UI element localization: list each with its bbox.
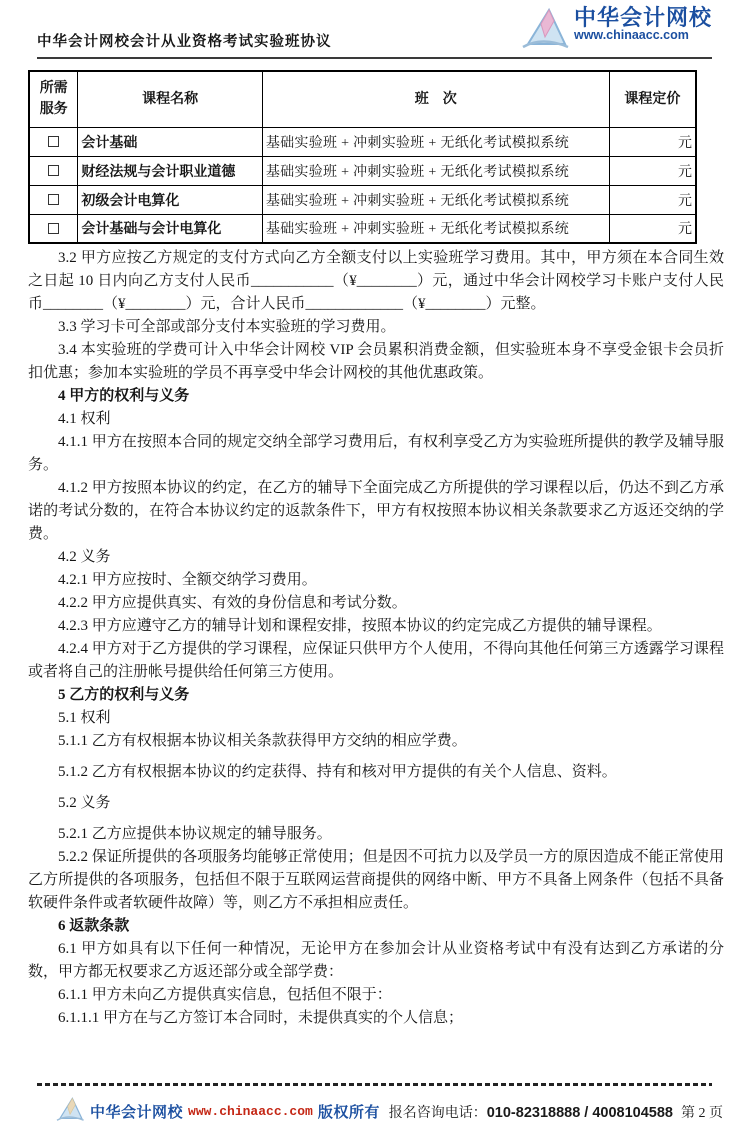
course-name: 会计基础 xyxy=(78,127,262,156)
clause-5-2-1: 5.2.1 乙方应提供本协议规定的辅导服务。 xyxy=(28,823,724,846)
contract-body: 3.2 甲方应按乙方规定的支付方式向乙方全额支付以上实验班学习费用。其中，甲方须… xyxy=(28,247,724,1030)
section-heading-4: 4 甲方的权利与义务 xyxy=(28,385,724,408)
clause-5-2-2: 5.2.2 保证所提供的各项服务均能够正常使用；但是因不可抗力以及学员一方的原因… xyxy=(28,846,724,915)
table-header-row: 所需服务 课程名称 班 次 课程定价 xyxy=(29,71,696,127)
footer-logo-icon xyxy=(55,1096,85,1127)
course-price: 元 xyxy=(609,214,696,243)
column-header-service: 所需服务 xyxy=(29,71,78,127)
table-row: 初级会计电算化 基础实验班 + 冲刺实验班 + 无纸化考试模拟系统 元 xyxy=(29,185,696,214)
clause-6-1-1-1: 6.1.1.1 甲方在与乙方签订本合同时，未提供真实的个人信息； xyxy=(28,1007,724,1030)
clause-5-2: 5.2 义务 xyxy=(28,792,724,815)
page-number: 第 2 页 xyxy=(681,1106,723,1121)
clause-3-2: 3.2 甲方应按乙方规定的支付方式向乙方全额支付以上实验班学习费用。其中，甲方须… xyxy=(28,247,724,316)
service-checkbox[interactable] xyxy=(48,194,59,205)
clause-6-1: 6.1 甲方如具有以下任何一种情况，无论甲方在参加会计从业资格考试中有没有达到乙… xyxy=(28,938,724,984)
header-divider xyxy=(37,57,712,59)
clause-6-1-1: 6.1.1 甲方未向乙方提供真实信息，包括但不限于： xyxy=(28,984,724,1007)
course-classes: 基础实验班 + 冲刺实验班 + 无纸化考试模拟系统 xyxy=(262,127,609,156)
clause-4-2-1: 4.2.1 甲方应按时、全额交纳学习费用。 xyxy=(28,569,724,592)
document-page: 中华会计网校会计从业资格考试实验班协议 中华会计网校 www.chinaacc.… xyxy=(0,0,750,1140)
clause-5-1-2: 5.1.2 乙方有权根据本协议的约定获得、持有和核对甲方提供的有关个人信息、资料… xyxy=(28,761,724,784)
clause-4-2-2: 4.2.2 甲方应提供真实、有效的身份信息和考试分数。 xyxy=(28,592,724,615)
clause-4-1: 4.1 权利 xyxy=(28,408,724,431)
service-checkbox[interactable] xyxy=(48,165,59,176)
brand-name: 中华会计网校 xyxy=(574,6,712,29)
section-heading-5: 5 乙方的权利与义务 xyxy=(28,684,724,707)
column-header-course: 课程名称 xyxy=(78,71,262,127)
clause-4-2-3: 4.2.3 甲方应遵守乙方的辅导计划和课程安排，按照本协议的约定完成乙方提供的辅… xyxy=(28,615,724,638)
clause-3-3: 3.3 学习卡可全部或部分支付本实验班的学习费用。 xyxy=(28,316,724,339)
brand-logo-icon xyxy=(520,6,570,55)
course-name: 财经法规与会计职业道德 xyxy=(78,156,262,185)
course-price: 元 xyxy=(609,156,696,185)
brand-url: www.chinaacc.com xyxy=(574,29,712,42)
clause-4-1-2: 4.1.2 甲方按照本协议的约定，在乙方的辅导下全面完成乙方所提供的学习课程以后… xyxy=(28,477,724,546)
clause-5-1-1: 5.1.1 乙方有权根据本协议相关条款获得甲方交纳的相应学费。 xyxy=(28,730,724,753)
section-heading-6: 6 返款条款 xyxy=(28,915,724,938)
course-price: 元 xyxy=(609,127,696,156)
course-classes: 基础实验班 + 冲刺实验班 + 无纸化考试模拟系统 xyxy=(262,156,609,185)
table-row: 会计基础 基础实验班 + 冲刺实验班 + 无纸化考试模拟系统 元 xyxy=(29,127,696,156)
clause-4-2-4: 4.2.4 甲方对于乙方提供的学习课程，应保证只供甲方个人使用，不得向其他任何第… xyxy=(28,638,724,684)
footer-copyright: 版权所有 xyxy=(318,1101,380,1122)
course-name: 初级会计电算化 xyxy=(78,185,262,214)
clause-4-2: 4.2 义务 xyxy=(28,546,724,569)
document-title: 中华会计网校会计从业资格考试实验班协议 xyxy=(37,30,332,55)
table-row: 会计基础与会计电算化 基础实验班 + 冲刺实验班 + 无纸化考试模拟系统 元 xyxy=(29,214,696,243)
footer-brand-name: 中华会计网校 xyxy=(90,1101,183,1122)
course-name: 会计基础与会计电算化 xyxy=(78,214,262,243)
column-header-price: 课程定价 xyxy=(609,71,696,127)
course-classes: 基础实验班 + 冲刺实验班 + 无纸化考试模拟系统 xyxy=(262,214,609,243)
page-header: 中华会计网校会计从业资格考试实验班协议 中华会计网校 www.chinaacc.… xyxy=(37,0,712,59)
contact-phone: 010-82318888 / 4008104588 xyxy=(487,1105,673,1121)
course-price: 元 xyxy=(609,185,696,214)
page-footer: 中华会计网校 www.chinaacc.com 版权所有 报名咨询电话：010-… xyxy=(55,1096,723,1127)
course-classes: 基础实验班 + 冲刺实验班 + 无纸化考试模拟系统 xyxy=(262,185,609,214)
contact-label: 报名咨询电话： xyxy=(389,1106,487,1121)
column-header-class: 班 次 xyxy=(262,71,609,127)
brand-logo: 中华会计网校 www.chinaacc.com xyxy=(520,0,712,55)
table-row: 财经法规与会计职业道德 基础实验班 + 冲刺实验班 + 无纸化考试模拟系统 元 xyxy=(29,156,696,185)
clause-3-4: 3.4 本实验班的学费可计入中华会计网校 VIP 会员累积消费金额，但实验班本身… xyxy=(28,339,724,385)
service-checkbox[interactable] xyxy=(48,136,59,147)
clause-4-1-1: 4.1.1 甲方在按照本合同的规定交纳全部学习费用后，有权利享受乙方为实验班所提… xyxy=(28,431,724,477)
footer-divider xyxy=(37,1083,712,1086)
clause-5-1: 5.1 权利 xyxy=(28,707,724,730)
course-price-table: 所需服务 课程名称 班 次 课程定价 会计基础 基础实验班 + 冲刺实验班 + … xyxy=(28,70,697,244)
footer-brand-url: www.chinaacc.com xyxy=(188,1104,313,1119)
service-checkbox[interactable] xyxy=(48,223,59,234)
